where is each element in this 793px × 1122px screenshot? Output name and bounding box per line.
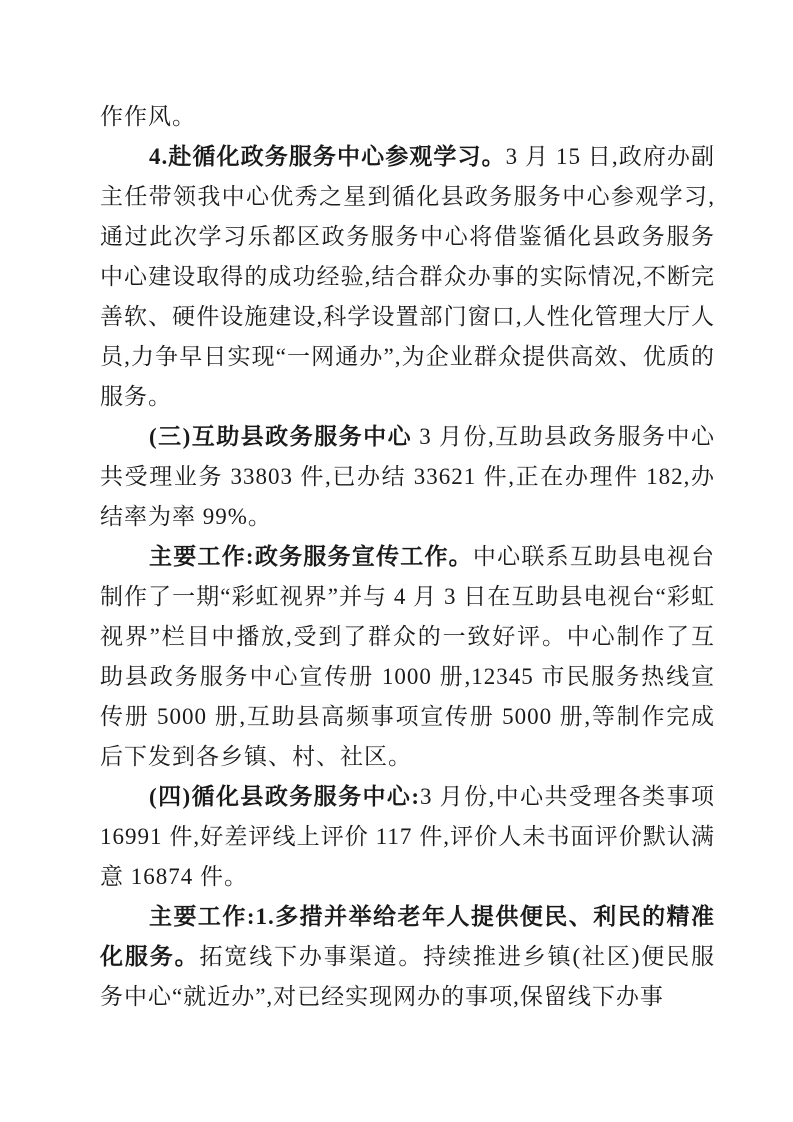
section-heading-text: (四)循化县政务服务中心: (149, 784, 420, 809)
paragraph-heading-text: 主要工作:政务服务宣传工作。 (149, 544, 473, 569)
section-heading-text: (三)互助县政务服务中心 (149, 424, 412, 449)
paragraph-text: 作作风。 (100, 104, 196, 129)
paragraph-text: 中心联系互助县电视台制作了一期“彩虹视界”并与 4 月 3 日在互助县电视台“彩… (100, 544, 715, 769)
paragraph-heading-text: 4.赴循化政务服务中心参观学习。 (149, 144, 506, 169)
paragraph-huzhu-main-work: 主要工作:政务服务宣传工作。中心联系互助县电视台制作了一期“彩虹视界”并与 4 … (100, 537, 715, 777)
paragraph-xunhua-main-work: 主要工作:1.多措并举给老年人提供便民、利民的精准化服务。拓宽线下办事渠道。持续… (100, 897, 715, 1017)
paragraph-section-3-huzhu-center: (三)互助县政务服务中心 3 月份,互助县政务服务中心共受理业务 33803 件… (100, 417, 715, 537)
paragraph-item-4-xunhua-visit: 4.赴循化政务服务中心参观学习。3 月 15 日,政府办副主任带领我中心优秀之星… (100, 137, 715, 417)
document-body: 作作风。 4.赴循化政务服务中心参观学习。3 月 15 日,政府办副主任带领我中… (100, 97, 715, 1017)
paragraph-text: 3 月 15 日,政府办副主任带领我中心优秀之星到循化县政务服务中心参观学习,通… (100, 144, 715, 409)
paragraph-section-4-xunhua-center: (四)循化县政务服务中心:3 月份,中心共受理各类事项 16991 件,好差评线… (100, 777, 715, 897)
document-page: 作作风。 4.赴循化政务服务中心参观学习。3 月 15 日,政府办副主任带领我中… (0, 0, 793, 1122)
paragraph-continuation: 作作风。 (100, 97, 715, 137)
